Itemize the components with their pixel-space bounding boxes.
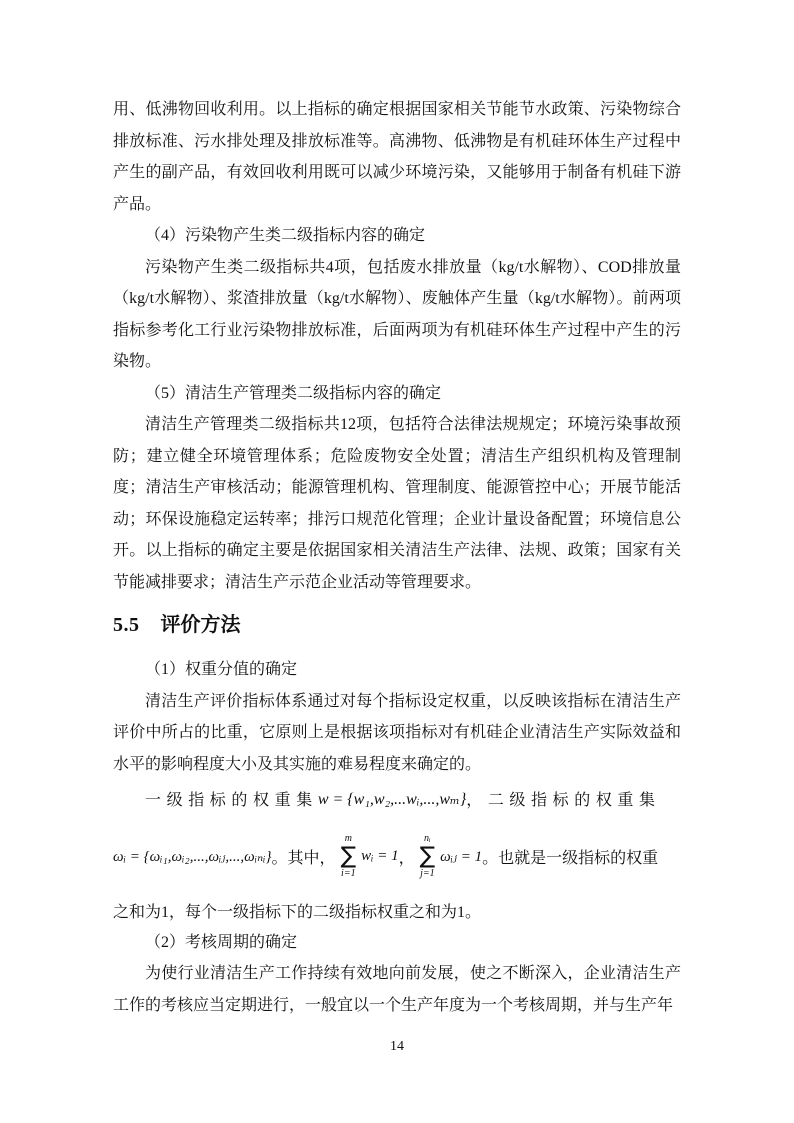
item4-body: 污染物产生类二级指标共4项，包括废水排放量（kg/t水解物）、COD排放量（kg…	[113, 252, 681, 378]
document-content: 用、低沸物回收利用。以上指标的确定根据国家相关节能节水政策、污染物综合排放标准、…	[113, 94, 681, 1021]
summation-lower-limit: j=1	[420, 868, 435, 879]
weight-set-formula: w = {w₁,w₂,...wᵢ,...,wₘ}	[318, 789, 466, 809]
document-page: 用、低沸物回收利用。以上指标的确定根据国家相关节能节水政策、污染物综合排放标准、…	[0, 0, 794, 1123]
formula-text: ，二级指标的权重集	[466, 787, 660, 810]
formula-line-3: 之和为1，每个一级指标下的二级指标权重之和为1。	[113, 895, 681, 927]
formula-text: 之和为1，每个一级指标下的二级指标权重之和为1。	[113, 899, 481, 922]
page-number: 14	[0, 1038, 794, 1056]
formula-text: 一级指标的权重集	[145, 787, 318, 810]
section-heading: 5.5 评价方法	[113, 610, 681, 640]
formula-text: 。也就是一级指标的权重	[482, 845, 658, 868]
summation-lower-limit: i=1	[341, 868, 356, 879]
item1-body: 清洁生产评价指标体系通过对每个指标设定权重，以反映该指标在清洁生产评价中所占的比…	[113, 686, 681, 781]
item2-heading: （2）考核周期的确定	[113, 927, 681, 959]
summation-1-expression: wᵢ = 1	[361, 848, 399, 865]
section-number: 5.5	[113, 614, 140, 636]
formula-line-1: 一级指标的权重集 w = {w₁,w₂,...wᵢ,...,wₘ} ，二级指标的…	[113, 780, 681, 817]
summation-2-expression: ωᵢⱼ = 1	[440, 847, 482, 866]
sigma-icon: ∑	[341, 844, 357, 868]
item5-heading: （5）清洁生产管理类二级指标内容的确定	[113, 378, 681, 410]
secondary-weight-set-formula: ωᵢ = {ωᵢ₁,ωᵢ₂,...,ωᵢⱼ,...,ωᵢₙᵢ}	[113, 847, 272, 866]
formula-text: 。其中，	[272, 845, 336, 868]
summation-2: nᵢ ∑ j=1	[420, 833, 436, 879]
section-title: 评价方法	[161, 614, 241, 636]
formula-text: ，	[399, 845, 415, 868]
formula-line-2: ωᵢ = {ωᵢ₁,ωᵢ₂,...,ωᵢⱼ,...,ωᵢₙᵢ} 。其中， m ∑…	[113, 817, 681, 895]
item5-body: 清洁生产管理类二级指标共12项，包括符合法律法规规定；环境污染事故预防；建立健全…	[113, 409, 681, 598]
paragraph-continuation: 用、低沸物回收利用。以上指标的确定根据国家相关节能节水政策、污染物综合排放标准、…	[113, 94, 681, 220]
sigma-icon: ∑	[420, 844, 436, 868]
item1-heading: （1）权重分值的确定	[113, 654, 681, 686]
summation-1: m ∑ i=1	[341, 833, 357, 879]
item4-heading: （4）污染物产生类二级指标内容的确定	[113, 220, 681, 252]
formula-paragraph: 一级指标的权重集 w = {w₁,w₂,...wᵢ,...,wₘ} ，二级指标的…	[113, 780, 681, 927]
item2-body: 为使行业清洁生产工作持续有效地向前发展，使之不断深入，企业清洁生产工作的考核应当…	[113, 958, 681, 1021]
